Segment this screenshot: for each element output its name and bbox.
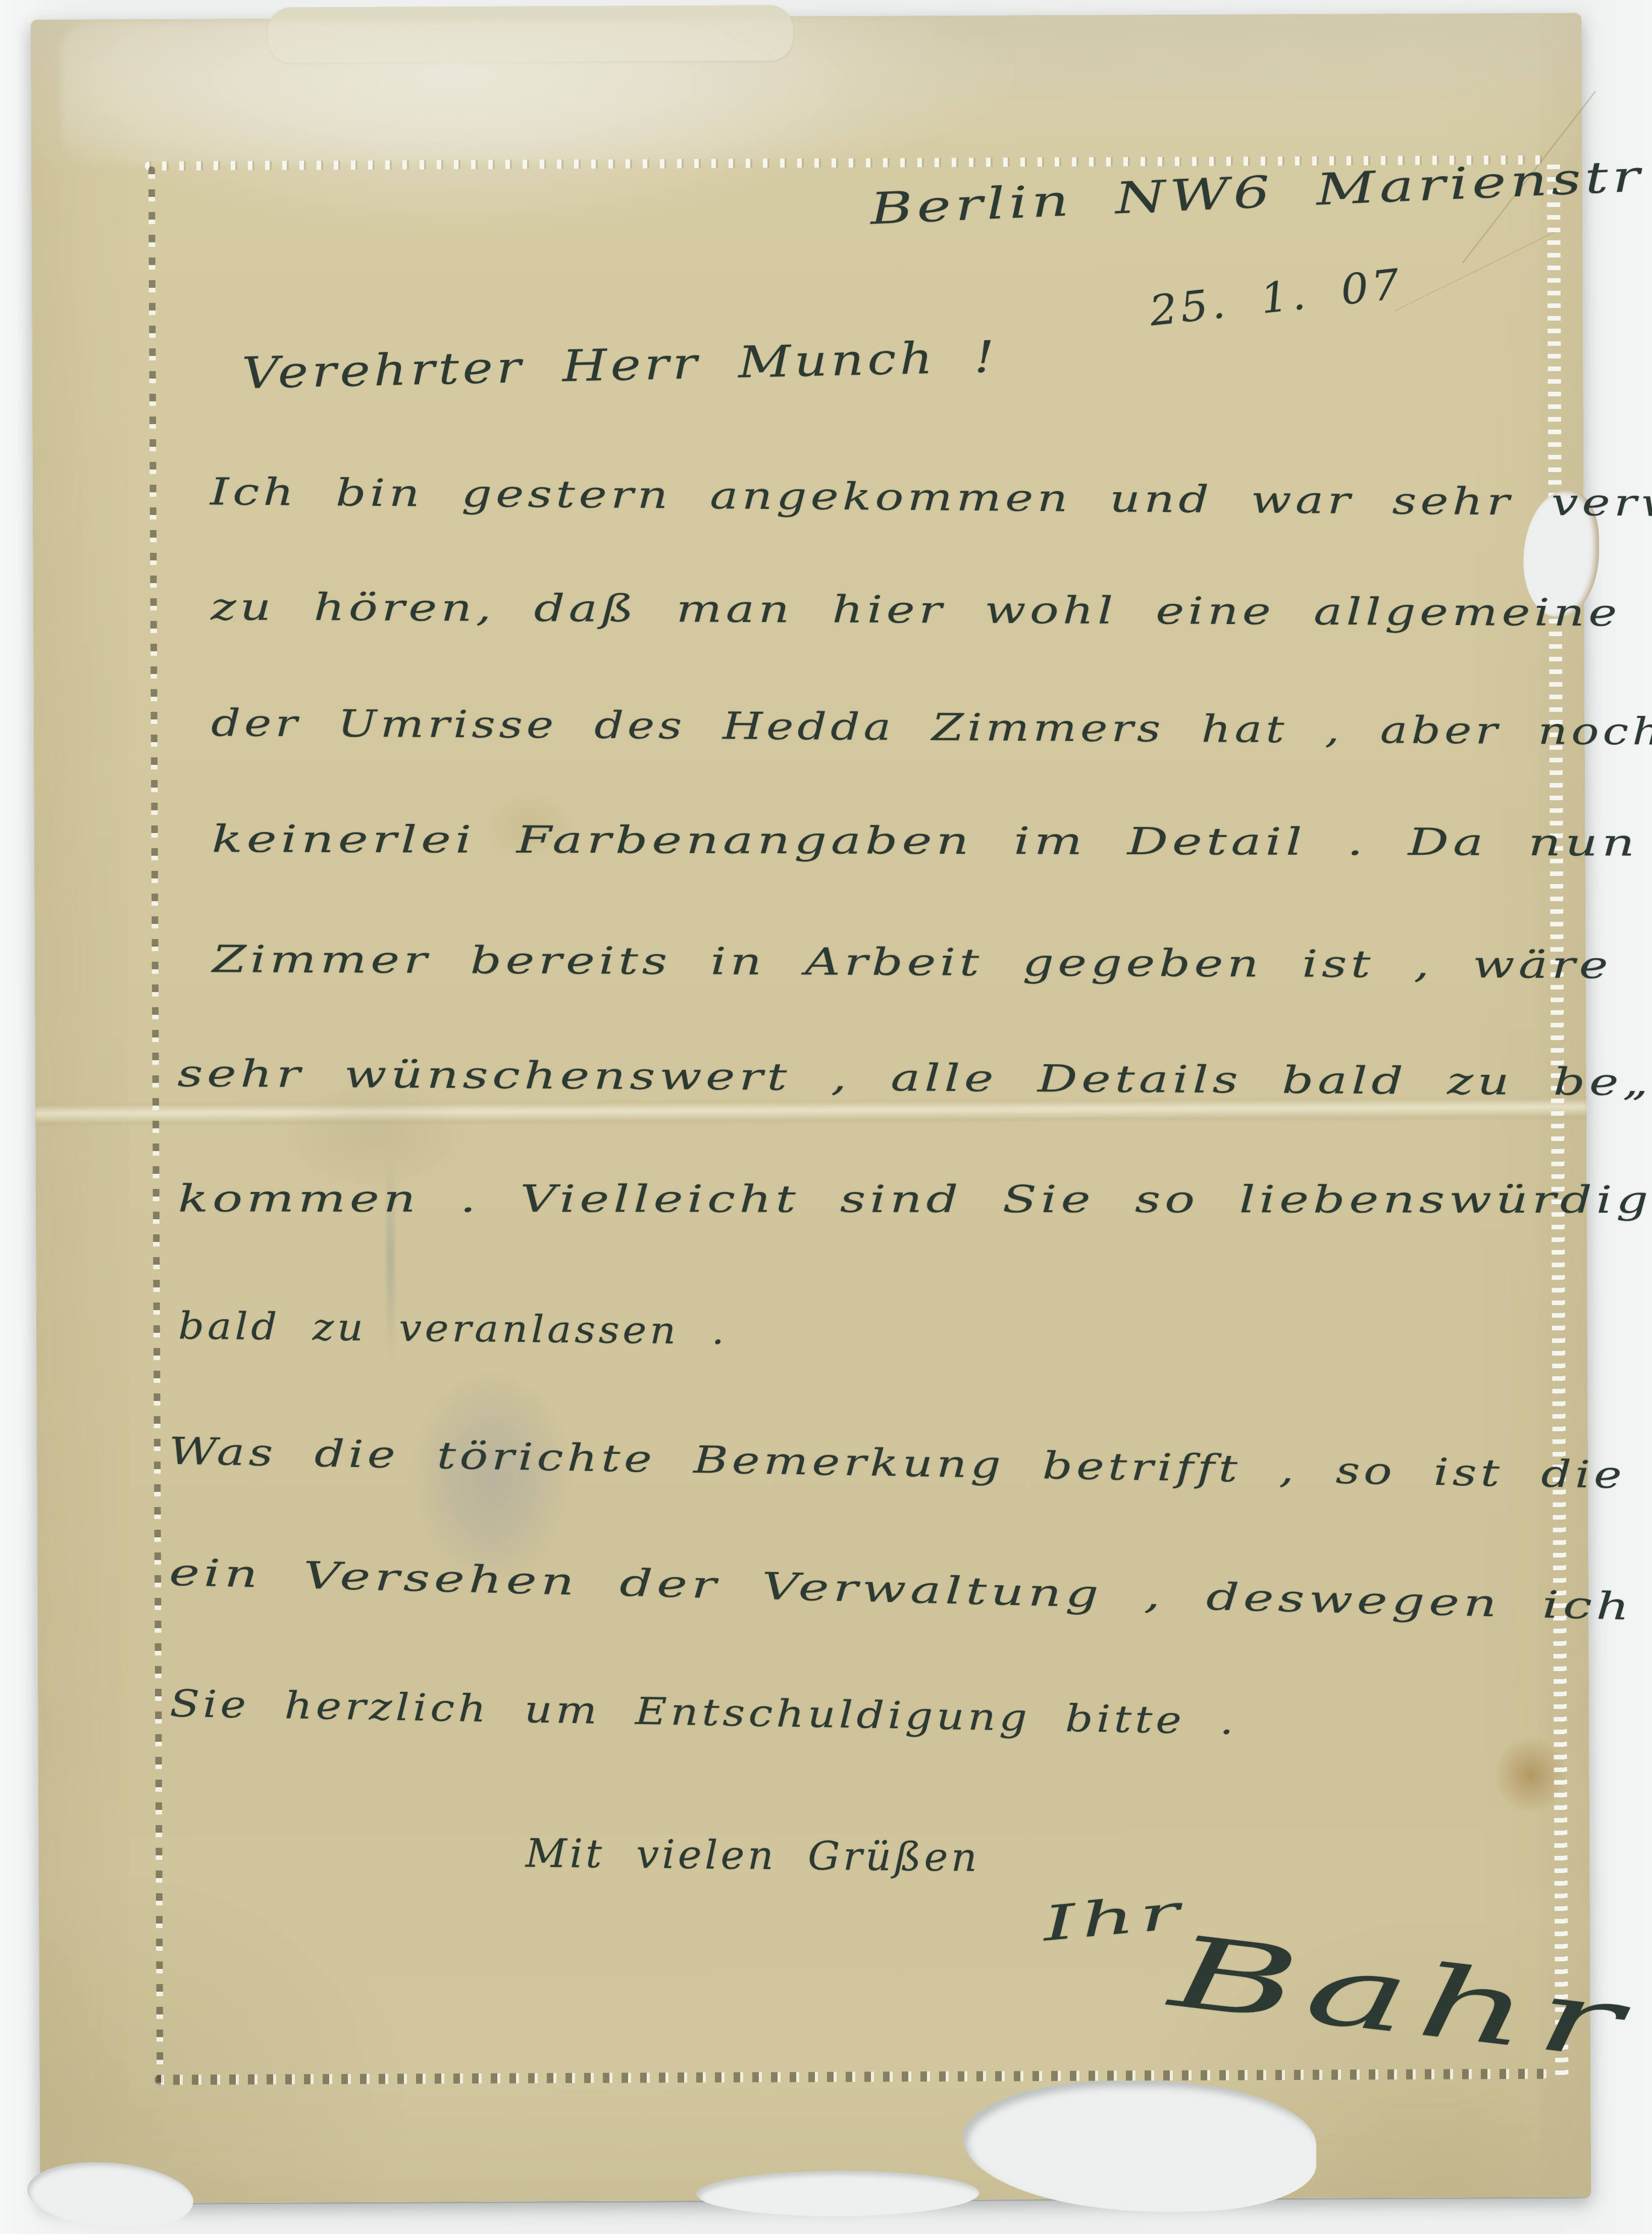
body-line: Ich bin gestern angekommen und war sehr …: [210, 473, 1652, 524]
date-line: 25. 1. 07: [1148, 264, 1405, 332]
body-line: Was die törichte Bemerkung betrifft , so…: [169, 1433, 1652, 1496]
torn-bottom-edge: [696, 2170, 979, 2217]
scanned-letter-page: { "letter": { "header": { "address_line"…: [0, 0, 1652, 2234]
right-deckle-edge: [1547, 165, 1569, 2078]
body-line: Zimmer bereits in Arbeit gegeben ist , w…: [212, 941, 1652, 984]
torn-bottom-edge: [962, 2080, 1316, 2213]
salutation: Verehrter Herr Munch !: [241, 335, 998, 395]
body-line: Sie herzlich um Entschuldigung bitte .: [170, 1685, 1237, 1740]
letter-paper: Berlin NW6 Marienstr 18 25. 1. 07 Verehr…: [31, 13, 1591, 2203]
body-line: ein Versehen der Verwaltung , deswegen i…: [169, 1554, 1634, 1626]
corner-crease-line: [1395, 230, 1558, 311]
body-line: zu hören, daß man hier wohl eine allgeme…: [211, 588, 1652, 633]
body-line: keinerlei Farbenangaben im Detail . Da n…: [212, 820, 1652, 862]
closing-regards: Mit vielen Grüßen: [526, 1834, 980, 1878]
body-line: bald zu veranlassen .: [178, 1307, 728, 1349]
torn-bottom-left: [25, 2156, 196, 2234]
body-line: kommen . Vielleicht sind Sie so liebensw…: [178, 1180, 1652, 1219]
body-line: sehr wünschenswert , alle Details bald z…: [177, 1055, 1652, 1101]
body-line: der Umrisse des Hedda Zimmers hat , aber…: [211, 704, 1652, 751]
faded-top-band: [61, 18, 1021, 164]
bottom-perforation: [154, 2069, 1548, 2085]
left-perforation: [148, 167, 164, 2085]
closing-valediction: Ihr: [1041, 1888, 1186, 1948]
